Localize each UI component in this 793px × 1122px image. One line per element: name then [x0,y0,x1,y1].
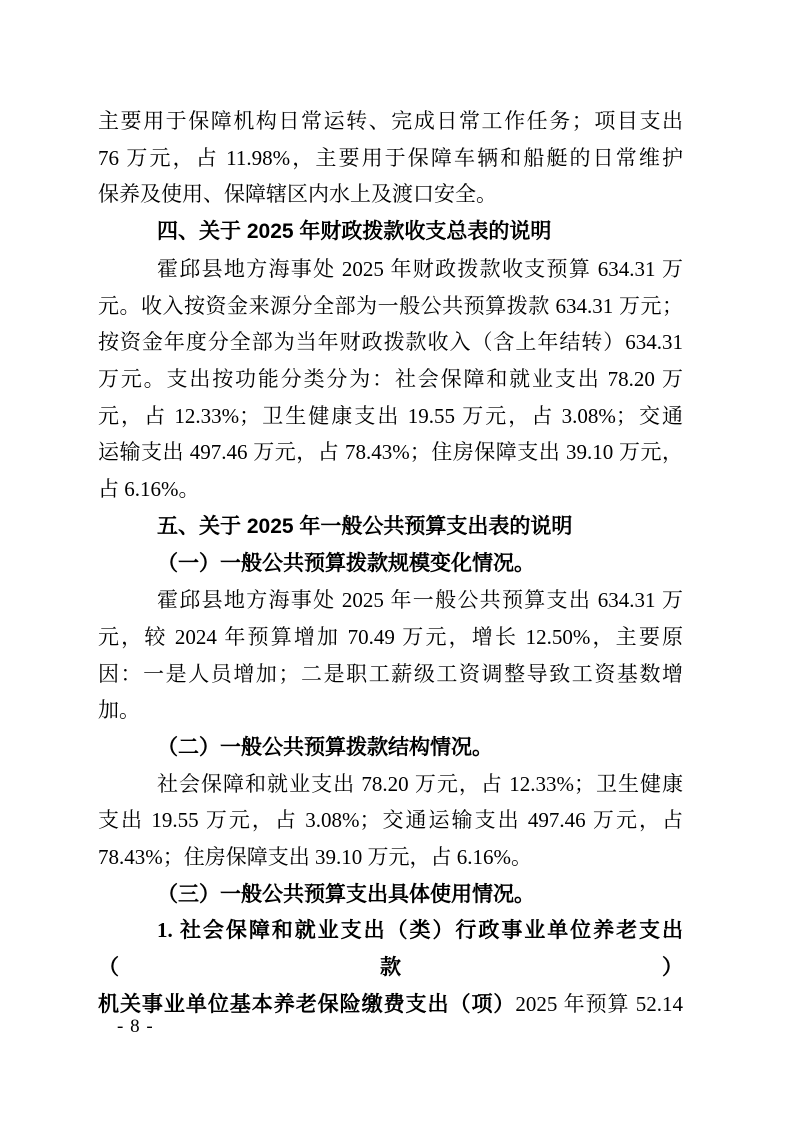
text-line: 主要用于保障机构日常运转、完成日常工作任务；项目支出 [98,103,683,140]
text-run-bold: （三）一般公共预算支出具体使用情况。 [157,882,535,906]
text-line: 76 万元，占 11.98%，主要用于保障车辆和船艇的日常维护 [98,140,683,177]
document-text: 主要用于保障机构日常运转、完成日常工作任务；项目支出76 万元，占 11.98%… [98,103,683,1023]
text-run-bold: 四、关于 2025 年财政拨款收支总表的说明 [157,220,551,243]
text-run-bold: 五、关于 2025 年一般公共预算支出表的说明 [157,515,572,538]
text-run: 主要用于保障机构日常运转、完成日常工作任务；项目支出 [98,109,683,133]
text-run: 占 6.16%。 [98,477,200,501]
text-run: 元。收入按资金来源分全部为一般公共预算拨款 634.31 万元； [98,294,683,318]
document-page: 主要用于保障机构日常运转、完成日常工作任务；项目支出76 万元，占 11.98%… [0,0,793,1122]
text-line: 霍邱县地方海事处 2025 年一般公共预算支出 634.31 万 [98,582,683,619]
text-run-bold: （一）一般公共预算拨款规模变化情况。 [157,551,535,575]
text-run: 元，占 12.33%；卫生健康支出 19.55 万元，占 3.08%；交通 [98,404,683,428]
text-line: 机关事业单位基本养老保险缴费支出（项）2025 年预算 52.14 [98,986,683,1023]
text-run: 按资金年度分全部为当年财政拨款收入（含上年结转）634.31 [98,330,683,354]
text-run: 76 万元，占 11.98%，主要用于保障车辆和船艇的日常维护 [98,146,683,170]
section-heading: 五、关于 2025 年一般公共预算支出表的说明 [98,508,683,546]
text-line: 78.43%；住房保障支出 39.10 万元，占 6.16%。 [98,839,683,876]
text-run: 2025 年预算 52.14 [515,992,683,1016]
text-run: 78.43%；住房保障支出 39.10 万元，占 6.16%。 [98,845,532,869]
section-heading: （一）一般公共预算拨款规模变化情况。 [98,545,683,582]
section-heading: （三）一般公共预算支出具体使用情况。 [98,876,683,913]
text-line: 1. 社会保障和就业支出（类）行政事业单位养老支出（款） [98,912,683,985]
section-heading: （二）一般公共预算拨款结构情况。 [98,729,683,766]
page-number: - 8 - [117,1012,154,1042]
text-line: 支出 19.55 万元，占 3.08%；交通运输支出 497.46 万元，占 [98,802,683,839]
text-line: 运输支出 497.46 万元，占 78.43%；住房保障支出 39.10 万元， [98,434,683,471]
text-line: 占 6.16%。 [98,471,683,508]
text-line: 因：一是人员增加；二是职工薪级工资调整导致工资基数增 [98,656,683,693]
text-run: 霍邱县地方海事处 2025 年一般公共预算支出 634.31 万 [157,588,683,612]
text-line: 社会保障和就业支出 78.20 万元，占 12.33%；卫生健康 [98,766,683,803]
text-line: 霍邱县地方海事处 2025 年财政拨款收支预算 634.31 万 [98,251,683,288]
text-line: 元。收入按资金来源分全部为一般公共预算拨款 634.31 万元； [98,288,683,325]
text-line: 按资金年度分全部为当年财政拨款收入（含上年结转）634.31 [98,324,683,361]
text-line: 万元。支出按功能分类分为：社会保障和就业支出 78.20 万 [98,361,683,398]
text-line: 保养及使用、保障辖区内水上及渡口安全。 [98,176,683,213]
text-run-bold: 1. 社会保障和就业支出（类）行政事业单位养老支出（款） [98,918,683,979]
text-run: 因：一是人员增加；二是职工薪级工资调整导致工资基数增 [98,662,683,686]
text-run: 社会保障和就业支出 78.20 万元，占 12.33%；卫生健康 [157,772,683,796]
text-run: 加。 [98,698,140,722]
section-heading: 四、关于 2025 年财政拨款收支总表的说明 [98,213,683,251]
text-run: 运输支出 497.46 万元，占 78.43%；住房保障支出 39.10 万元， [98,440,683,464]
text-line: 元，较 2024 年预算增加 70.49 万元，增长 12.50%，主要原 [98,619,683,656]
text-run-bold: 机关事业单位基本养老保险缴费支出（项） [98,992,515,1016]
text-run: 支出 19.55 万元，占 3.08%；交通运输支出 497.46 万元，占 [98,808,683,832]
text-run-bold: （二）一般公共预算拨款结构情况。 [157,735,493,759]
text-run: 元，较 2024 年预算增加 70.49 万元，增长 12.50%，主要原 [98,625,683,649]
text-line: 加。 [98,692,683,729]
text-line: 元，占 12.33%；卫生健康支出 19.55 万元，占 3.08%；交通 [98,398,683,435]
text-run: 保养及使用、保障辖区内水上及渡口安全。 [98,182,497,206]
text-run: 万元。支出按功能分类分为：社会保障和就业支出 78.20 万 [98,367,683,391]
text-run: 霍邱县地方海事处 2025 年财政拨款收支预算 634.31 万 [157,257,683,281]
